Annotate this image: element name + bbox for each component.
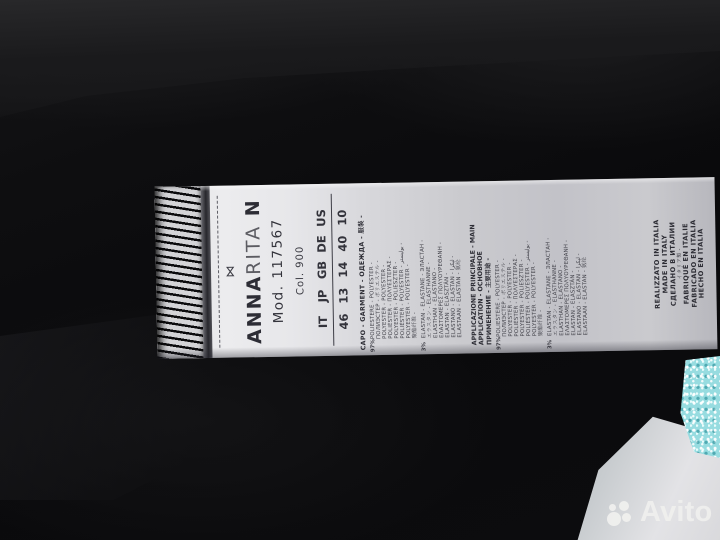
composition-line: ELASTAAN - ELASTAN - 氨纶 xyxy=(455,185,464,338)
brand-part-light: RITA xyxy=(242,225,265,275)
elastane-percent: 3% xyxy=(547,340,553,349)
brand-part-bold-end: N xyxy=(242,198,264,225)
composition-elastane-repeat: 3% ELASTAN - ELASTANE - ЭЛАСТАН - エラスタン … xyxy=(545,179,590,352)
composition-polyester-repeat: 97% POLIESTERE - POLYESTER - ПОЛИЭСТЕР -… xyxy=(494,180,545,353)
garment-heading: CAPO - GARMENT - ОДЕЖДА - 服裝 - xyxy=(358,183,368,355)
application-heading: APPLICAZIONE PRINCIPALE - MAIN APPLICATI… xyxy=(468,181,493,353)
avito-watermark: Avito xyxy=(604,496,712,529)
composition-line: 聚酯纤维 - xyxy=(536,183,545,336)
composition-elastane: 3% ELASTAN - ELASTANE - ЭЛАСТАН - エラスタン … xyxy=(419,182,464,355)
size-header-row: IT JP GB DE US xyxy=(314,205,330,335)
care-label: ⋈ ANNARITA N Mod. 117567 Col. 900 IT JP … xyxy=(155,177,718,359)
product-photo: ⋈ ANNARITA N Mod. 117567 Col. 900 IT JP … xyxy=(0,0,720,540)
overlock-stitching xyxy=(155,186,204,359)
size-table-rule xyxy=(331,194,335,345)
elastane-percent: 3% xyxy=(421,342,427,351)
care-label-content: ⋈ ANNARITA N Mod. 117567 Col. 900 IT JP … xyxy=(155,177,718,359)
made-in-block: REALIZZATO IN ITALIA MADE IN ITALY СДЕЛА… xyxy=(654,219,707,309)
avito-logo-icon xyxy=(604,497,636,529)
composition-line: 聚酯纤维 - xyxy=(410,185,419,338)
polyester-percent: 97% xyxy=(370,339,376,352)
size-header-cell: IT xyxy=(316,309,330,335)
label-fold-edge xyxy=(201,186,213,358)
size-value-cell: 40 xyxy=(335,231,349,257)
composition-line: ELASTAAN - ELASTAN - 氨纶 xyxy=(581,182,590,335)
avito-watermark-text: Avito xyxy=(640,496,712,529)
size-header-cell: JP xyxy=(315,283,329,309)
size-value-cell: 13 xyxy=(336,282,350,308)
model-number: Mod. 117567 xyxy=(269,218,287,323)
size-value-cell: 14 xyxy=(336,257,350,283)
composition-polyester: 97% POLIESTERE - POLYESTER - ПОЛИЭСТЕР -… xyxy=(368,182,419,355)
size-value-cell: 10 xyxy=(335,205,349,231)
fabric-fold-highlight xyxy=(0,0,720,150)
brand-logo-icon: ⋈ xyxy=(224,265,236,277)
color-code: Col. 900 xyxy=(295,246,307,296)
brand-name: ANNARITA N xyxy=(242,198,267,344)
size-value-cell: 46 xyxy=(337,308,351,334)
stitch-line xyxy=(217,196,221,347)
label-spacer xyxy=(588,264,654,265)
size-header-cell: DE xyxy=(314,231,328,257)
brand-part-bold: ANNA xyxy=(243,275,266,345)
size-header-cell: US xyxy=(314,205,328,231)
polyester-percent: 97% xyxy=(496,337,502,350)
made-in-line: HECHO EN ITALIA xyxy=(698,219,707,309)
size-header-cell: GB xyxy=(315,257,329,283)
size-value-row: 46 13 14 40 10 xyxy=(335,205,351,335)
